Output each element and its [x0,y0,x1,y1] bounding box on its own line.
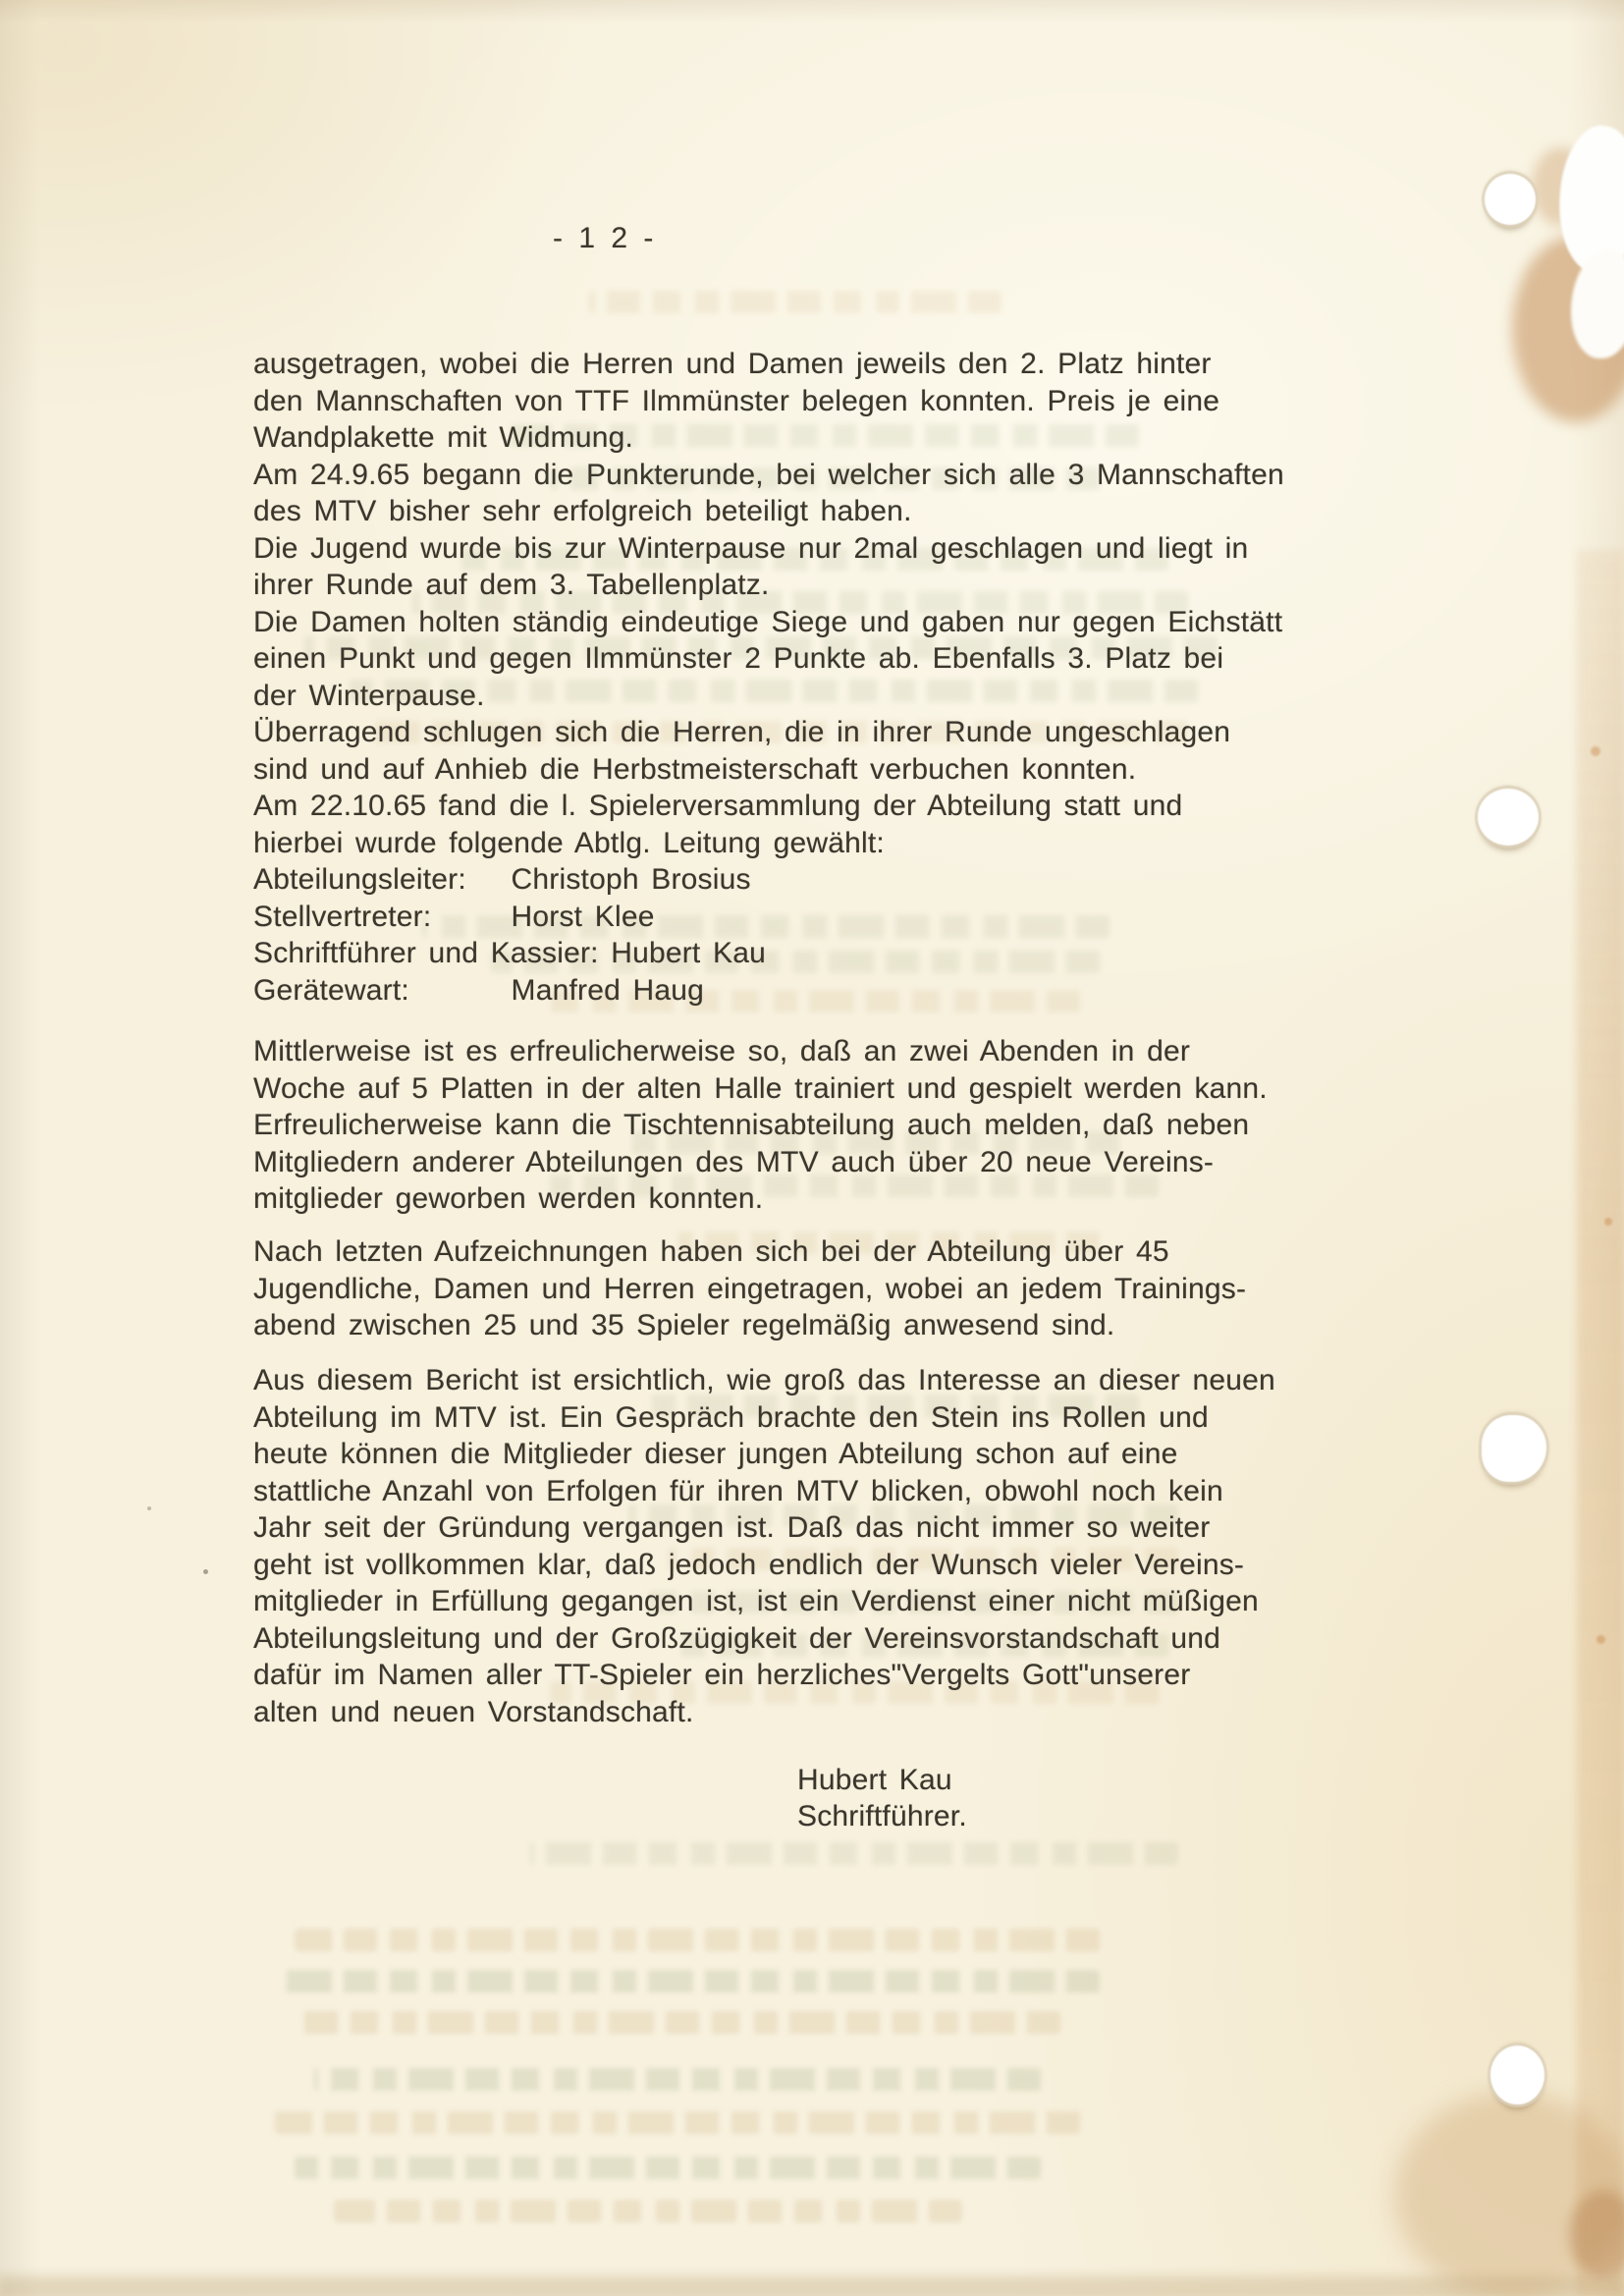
text-line: ihrer Runde auf dem 3. Tabellenplatz. [253,567,1284,604]
text-line: Erfreulicherweise kann die Tischtennisab… [253,1107,1268,1144]
hole-punch [1490,2046,1544,2105]
bleedthrough-line [275,1970,1100,1993]
text-line: Woche auf 5 Platten in der alten Halle t… [253,1070,1268,1108]
signature-block: Hubert Kau Schriftführer. [797,1762,967,1834]
bleedthrough-line [314,2068,1041,2091]
bleedthrough-line [295,2157,1041,2179]
text-line: Wandplakette mit Widmung. [253,419,1284,457]
official-role-label: Gerätewart: [253,972,499,1010]
stain [1604,1218,1612,1226]
official-person-name: Christoph Brosius [499,863,751,896]
ink-speck [203,1569,208,1574]
text-line: Die Jugend wurde bis zur Winterpause nur… [253,530,1284,568]
text-line: Jahr seit der Gründung vergangen ist. Da… [253,1509,1275,1547]
torn-paper-edge [1571,250,1624,358]
hole-punch [1482,1415,1546,1482]
official-person-name: Hubert Kau [599,937,766,969]
text-line: Abteilung im MTV ist. Ein Gespräch brach… [253,1399,1275,1437]
text-line: Mittlerweise ist es erfreulicherweise so… [253,1033,1268,1070]
text-line: Abteilungsleitung und der Großzügigkeit … [253,1620,1275,1658]
text-line: abend zwischen 25 und 35 Spieler regelmä… [253,1307,1246,1344]
stain [1591,746,1600,756]
paragraph-season-report: ausgetragen, wobei die Herren und Damen … [253,346,1284,861]
stain [1577,550,1624,2296]
official-row: Gerätewart: Manfred Haug [253,972,766,1010]
torn-paper-edge [1549,121,1624,278]
text-line: Nach letzten Aufzeichnungen haben sich b… [253,1233,1246,1271]
paragraph-membership: Nach letzten Aufzeichnungen haben sich b… [253,1233,1246,1344]
text-line: dafür im Namen aller TT-Spieler ein herz… [253,1657,1275,1694]
stain [0,2276,1624,2296]
bleedthrough-line [334,2200,962,2222]
stain [1394,2092,1624,2296]
text-line: mitglieder in Erfüllung gegangen ist, is… [253,1583,1275,1620]
text-line: alten und neuen Vorstandschaft. [253,1694,1275,1731]
text-line: einen Punkt und gegen Ilmmünster 2 Punkt… [253,640,1284,678]
official-role-label: Abteilungsleiter: [253,861,499,899]
official-person-name: Manfred Haug [499,974,704,1007]
text-line: geht ist vollkommen klar, daß jedoch end… [253,1547,1275,1584]
official-role-label: Schriftführer und Kassier: [253,935,599,972]
official-row: Schriftführer und Kassier: Hubert Kau [253,935,766,972]
bleedthrough-line [275,2111,1080,2134]
text-line: hierbei wurde folgende Abtlg. Leitung ge… [253,825,1284,862]
bleedthrough-line [589,291,1001,313]
official-row: Abteilungsleiter: Christoph Brosius [253,861,766,899]
hole-punch [1478,789,1539,846]
hole-punch [1485,174,1536,225]
bleedthrough-line [295,1929,1100,1951]
text-line: des MTV bisher sehr erfolgreich beteilig… [253,493,1284,530]
text-line: Die Damen holten ständig eindeutige Sieg… [253,604,1284,641]
text-line: Jugendliche, Damen und Herren eingetrage… [253,1271,1246,1308]
bleedthrough-line [295,2011,1060,2034]
paragraph-closing: Aus diesem Bericht ist ersichtlich, wie … [253,1362,1275,1730]
official-role-label: Stellvertreter: [253,899,499,936]
text-line: Überragend schlugen sich die Herren, die… [253,714,1284,751]
signature-name: Hubert Kau [797,1762,967,1798]
text-line: ausgetragen, wobei die Herren und Damen … [253,346,1284,383]
text-line: stattliche Anzahl von Erfolgen für ihren… [253,1473,1275,1510]
bleedthrough-line [530,1842,1178,1865]
scanned-document-page: - 1 2 - ausgetragen, wobei die Herren un… [0,0,1624,2296]
text-line: mitglieder geworben werden konnten. [253,1180,1268,1218]
text-line: der Winterpause. [253,678,1284,715]
signature-title: Schriftführer. [797,1798,967,1834]
text-line: Aus diesem Bericht ist ersichtlich, wie … [253,1362,1275,1399]
official-person-name: Horst Klee [499,901,655,933]
officials-list: Abteilungsleiter: Christoph BrosiusStell… [253,861,766,1009]
stain [1512,236,1624,422]
text-line: Am 24.9.65 begann die Punkterunde, bei w… [253,457,1284,494]
stain [1569,2190,1624,2278]
ink-speck [147,1506,151,1510]
paragraph-training-news: Mittlerweise ist es erfreulicherweise so… [253,1033,1268,1218]
stain [1597,1635,1605,1644]
text-line: den Mannschaften von TTF Ilmmünster bele… [253,383,1284,420]
official-row: Stellvertreter: Horst Klee [253,899,766,936]
text-line: heute können die Mitglieder dieser junge… [253,1436,1275,1473]
text-line: sind und auf Anhieb die Herbstmeistersch… [253,751,1284,789]
text-line: Am 22.10.65 fand die l. Spielerversammlu… [253,788,1284,825]
stain [1532,147,1591,226]
text-line: Mitgliedern anderer Abteilungen des MTV … [253,1144,1268,1181]
page-number: - 1 2 - [553,222,655,255]
